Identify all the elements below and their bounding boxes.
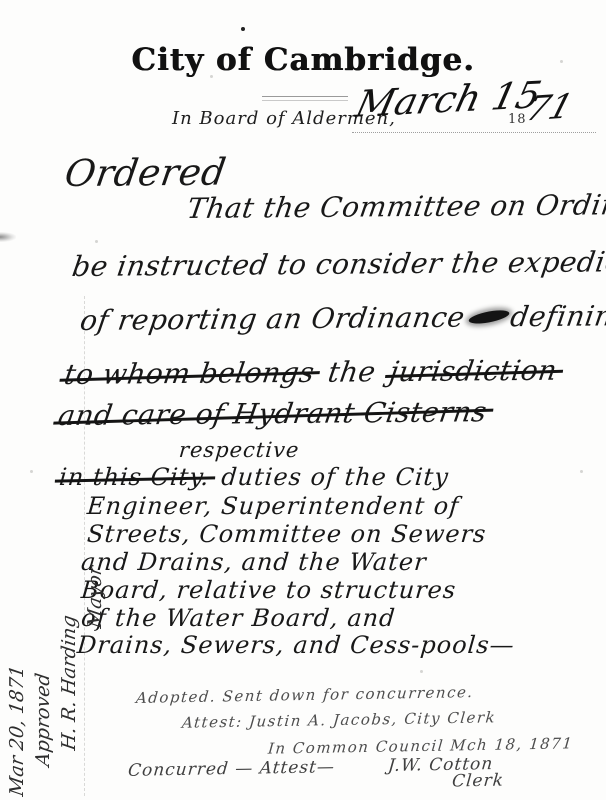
struck-text: and care of Hydrant Cisterns — [56, 395, 489, 432]
handwritten-segment: defining — [508, 299, 606, 333]
annotation-concurred: Concurred — Attest— — [127, 757, 336, 781]
struck-text: in this City. — [58, 463, 211, 491]
margin-mayor-signature: H. R. Harding — [56, 532, 82, 752]
handwritten-segment: duties of the City — [220, 463, 450, 491]
handwritten-line: to whom belongsthejurisdiction — [62, 354, 560, 391]
handwritten-line: and care of Hydrant Cisterns — [56, 395, 489, 432]
handwritten-line: Engineer, Superintendent of — [86, 492, 460, 520]
edge-smudge — [0, 232, 16, 242]
annotation-attest-jacobs: Attest: Justin A. Jacobs, City Clerk — [181, 708, 497, 732]
scanned-document-page: City of Cambridge. In Board of Aldermen,… — [0, 0, 606, 800]
annotation-adopted: Adopted. Sent down for concurrence. — [135, 683, 474, 707]
paper-speckle — [30, 470, 33, 473]
page-title: City of Cambridge. — [0, 42, 606, 78]
handwritten-segment: the — [326, 355, 378, 388]
ink-blot — [468, 308, 509, 326]
annotation-clerk: Clerk — [451, 771, 505, 792]
handwritten-line: in this City.duties of the City — [58, 463, 450, 491]
handwritten-line: be instructed to consider the expediency — [70, 245, 606, 283]
handwritten-line: of reporting an Ordinancedefining — [78, 299, 606, 337]
paper-speckle — [95, 240, 98, 243]
margin-approved-label: Approved — [30, 532, 56, 768]
handwritten-line: of the Water Board, and — [80, 604, 397, 632]
header-divider — [262, 96, 348, 101]
handwritten-line: and Drains, and the Water — [80, 548, 428, 576]
handwritten-segment: of reporting an Ordinance — [78, 301, 467, 337]
handwritten-line: That the Committee on Ordinances — [185, 188, 606, 225]
inserted-word: respective — [178, 438, 300, 462]
handwritten-ordered: Ordered — [62, 151, 229, 195]
paper-speckle — [580, 470, 583, 473]
handwritten-line: Streets, Committee on Sewers — [86, 520, 488, 548]
paper-speckle — [420, 670, 423, 673]
handwritten-line: Drains, Sewers, and Cess-pools— — [76, 631, 516, 659]
margin-approval-date: Mar 20, 1871 — [4, 532, 30, 798]
annotation-common-council: In Common Council Mch 18, 1871 — [267, 734, 574, 757]
margin-endorsement: Mar 20, 1871 Approved H. R. Harding Mayo… — [4, 534, 110, 796]
ink-dot — [241, 27, 245, 31]
handwritten-line: Board, relative to structures — [80, 576, 457, 604]
struck-text: to whom belongs — [62, 356, 317, 391]
struck-text: jurisdiction — [387, 354, 559, 388]
margin-mayor-title: Mayor — [82, 532, 108, 630]
